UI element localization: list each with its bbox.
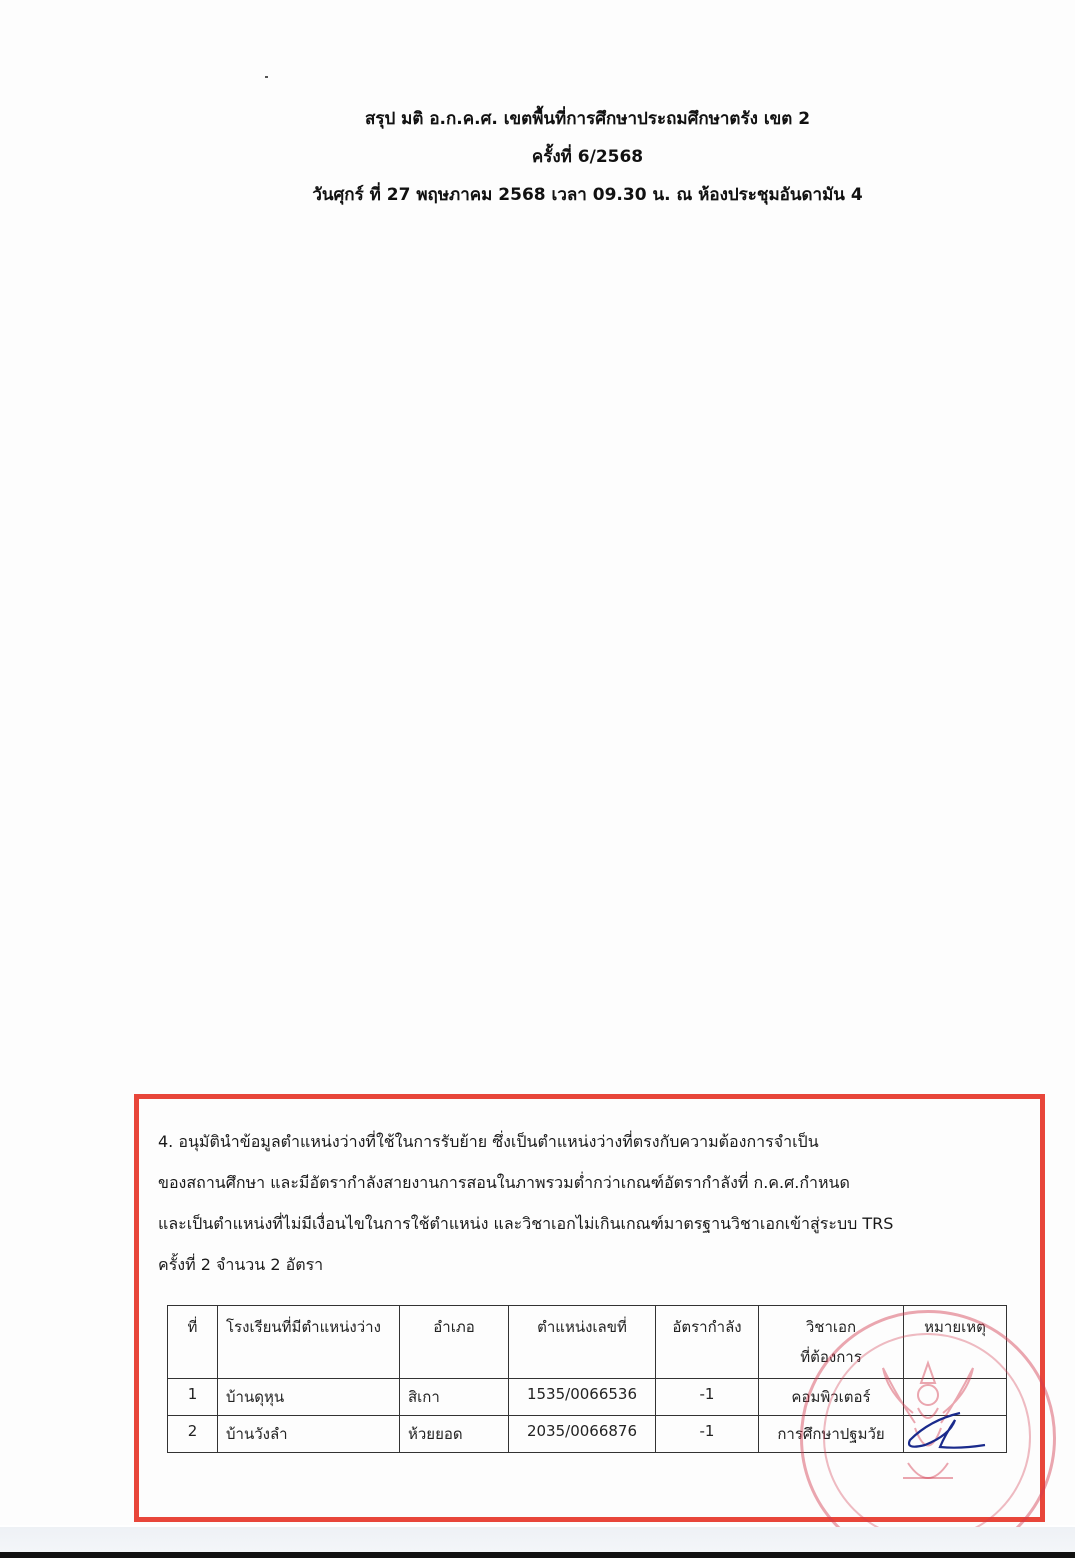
signature-mark [890, 1405, 990, 1455]
cell-rate: -1 [656, 1379, 759, 1416]
header-meeting-number: ครั้งที่ 6/2568 [0, 138, 1075, 176]
cell-amphoe: สิเกา [400, 1379, 509, 1416]
header-major: วิชาเอก ที่ต้องการ [759, 1306, 904, 1379]
table-row: 2 บ้านวังลำ ห้วยยอด 2035/0066876 -1 การศ… [168, 1416, 1007, 1453]
cell-amphoe: ห้วยยอด [400, 1416, 509, 1453]
cell-rate: -1 [656, 1416, 759, 1453]
document-header: สรุป มติ อ.ก.ค.ศ. เขตพื้นที่การศึกษาประถ… [0, 100, 1075, 214]
table-row: 1 บ้านดุหุน สิเกา 1535/0066536 -1 คอมพิว… [168, 1379, 1007, 1416]
cell-no: 1 [168, 1379, 218, 1416]
highlight-box: 4. อนุมัตินำข้อมูลตำแหน่งว่างที่ใช้ในการ… [134, 1094, 1045, 1522]
paragraph-line: ของสถานศึกษา และมีอัตรากำลังสายงานการสอน… [158, 1162, 1018, 1203]
header-school: โรงเรียนที่มีตำแหน่งว่าง [218, 1306, 400, 1379]
header-title: สรุป มติ อ.ก.ค.ศ. เขตพื้นที่การศึกษาประถ… [0, 100, 1075, 138]
bottom-edge-bar [0, 1552, 1075, 1558]
cell-school: บ้านวังลำ [218, 1416, 400, 1453]
header-major-line2: ที่ต้องการ [767, 1342, 895, 1372]
paragraph-line: ครั้งที่ 2 จำนวน 2 อัตรา [158, 1244, 1018, 1285]
scan-speck [265, 76, 268, 78]
paragraph-line: และเป็นตำแหน่งที่ไม่มีเงื่อนไขในการใช้ตำ… [158, 1203, 1018, 1244]
header-amphoe: อำเภอ [400, 1306, 509, 1379]
header-position-no: ตำแหน่งเลขที่ [509, 1306, 656, 1379]
cell-major: การศึกษาปฐมวัย [759, 1416, 904, 1453]
header-meeting-date: วันศุกร์ ที่ 27 พฤษภาคม 2568 เวลา 09.30 … [0, 176, 1075, 214]
cell-position-no: 1535/0066536 [509, 1379, 656, 1416]
vacancy-table: ที่ โรงเรียนที่มีตำแหน่งว่าง อำเภอ ตำแหน… [167, 1305, 1007, 1453]
header-major-line1: วิชาเอก [767, 1312, 895, 1342]
header-note: หมายเหตุ [904, 1306, 1007, 1379]
cell-school: บ้านดุหุน [218, 1379, 400, 1416]
header-no: ที่ [168, 1306, 218, 1379]
header-rate: อัตรากำลัง [656, 1306, 759, 1379]
document-page: สรุป มติ อ.ก.ค.ศ. เขตพื้นที่การศึกษาประถ… [0, 0, 1075, 1525]
cell-position-no: 2035/0066876 [509, 1416, 656, 1453]
resolution-paragraph: 4. อนุมัตินำข้อมูลตำแหน่งว่างที่ใช้ในการ… [158, 1121, 1018, 1285]
cell-no: 2 [168, 1416, 218, 1453]
paragraph-line: 4. อนุมัตินำข้อมูลตำแหน่งว่างที่ใช้ในการ… [158, 1121, 1018, 1162]
cell-major: คอมพิวเตอร์ [759, 1379, 904, 1416]
table-header-row: ที่ โรงเรียนที่มีตำแหน่งว่าง อำเภอ ตำแหน… [168, 1306, 1007, 1379]
